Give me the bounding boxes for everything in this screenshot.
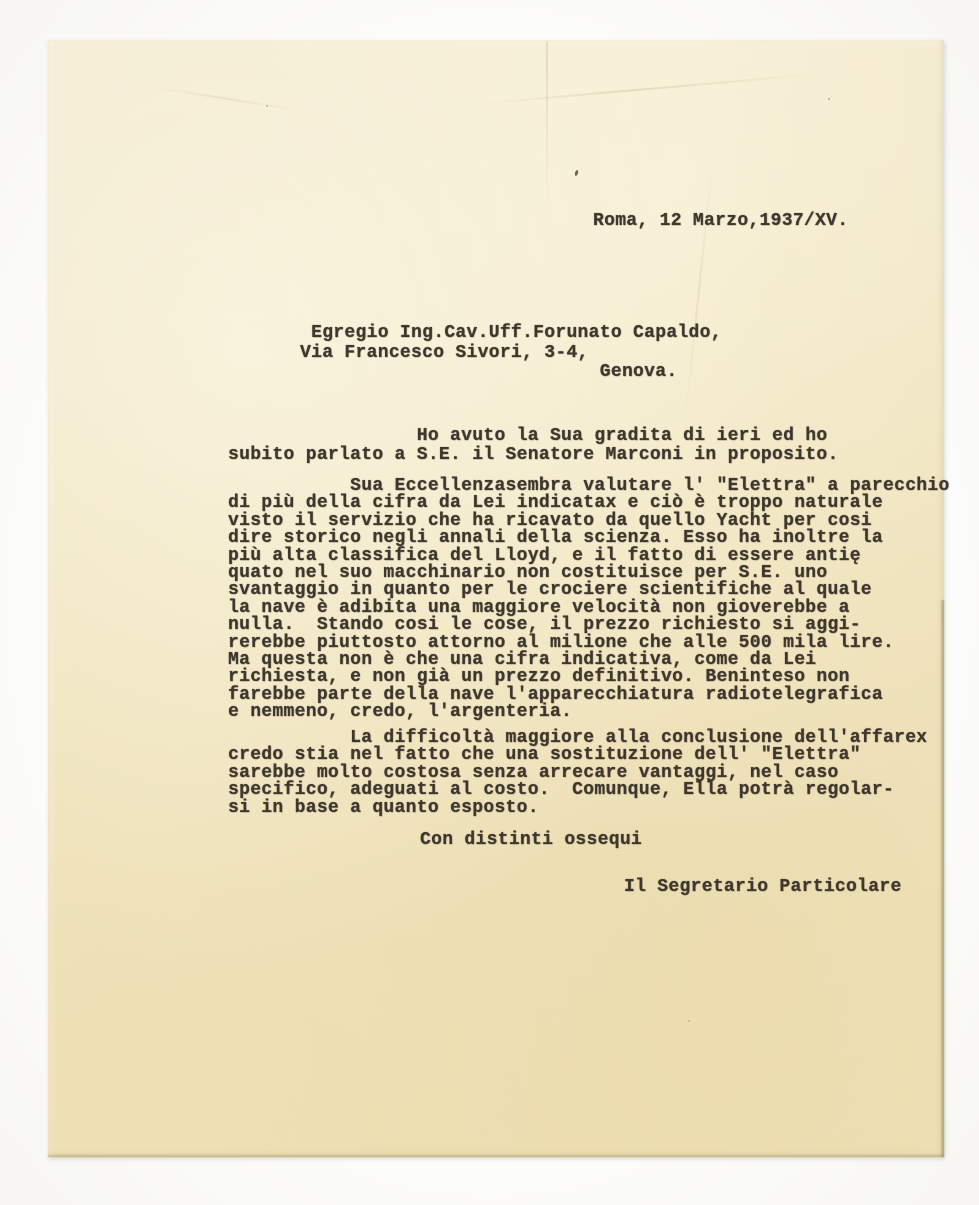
letter-page: Roma, 12 Marzo,1937/XV. Egregio Ing.Cav.…	[48, 40, 944, 1157]
closing-salutation: Con distinti ossequi	[420, 832, 642, 849]
paper-crease	[546, 42, 548, 212]
paragraph-opening: Ho avuto la Sua gradita di ieri ed ho su…	[228, 427, 839, 465]
paragraph-difficulty: La difficoltà maggiore alla conclusione …	[228, 730, 927, 817]
paper-crease	[479, 73, 818, 105]
paper-speck	[266, 105, 268, 107]
paper-speck	[574, 170, 579, 177]
signature-title: Il Segretario Particolare	[624, 879, 902, 896]
date-line: Roma, 12 Marzo,1937/XV.	[593, 212, 848, 231]
scanned-letter-image: { "page": { "background_color": "#fbfbf9…	[0, 0, 979, 1205]
recipient-address: Egregio Ing.Cav.Uff.Forunato Capaldo, Vi…	[300, 324, 722, 383]
paper-speck	[828, 98, 830, 100]
paragraph-valuation: Sua Eccellenzasembra valutare l' "Elettr…	[228, 478, 950, 722]
paper-speck	[688, 1020, 690, 1022]
paper-crease	[154, 86, 302, 111]
paper-edge-shadow	[48, 1154, 944, 1157]
